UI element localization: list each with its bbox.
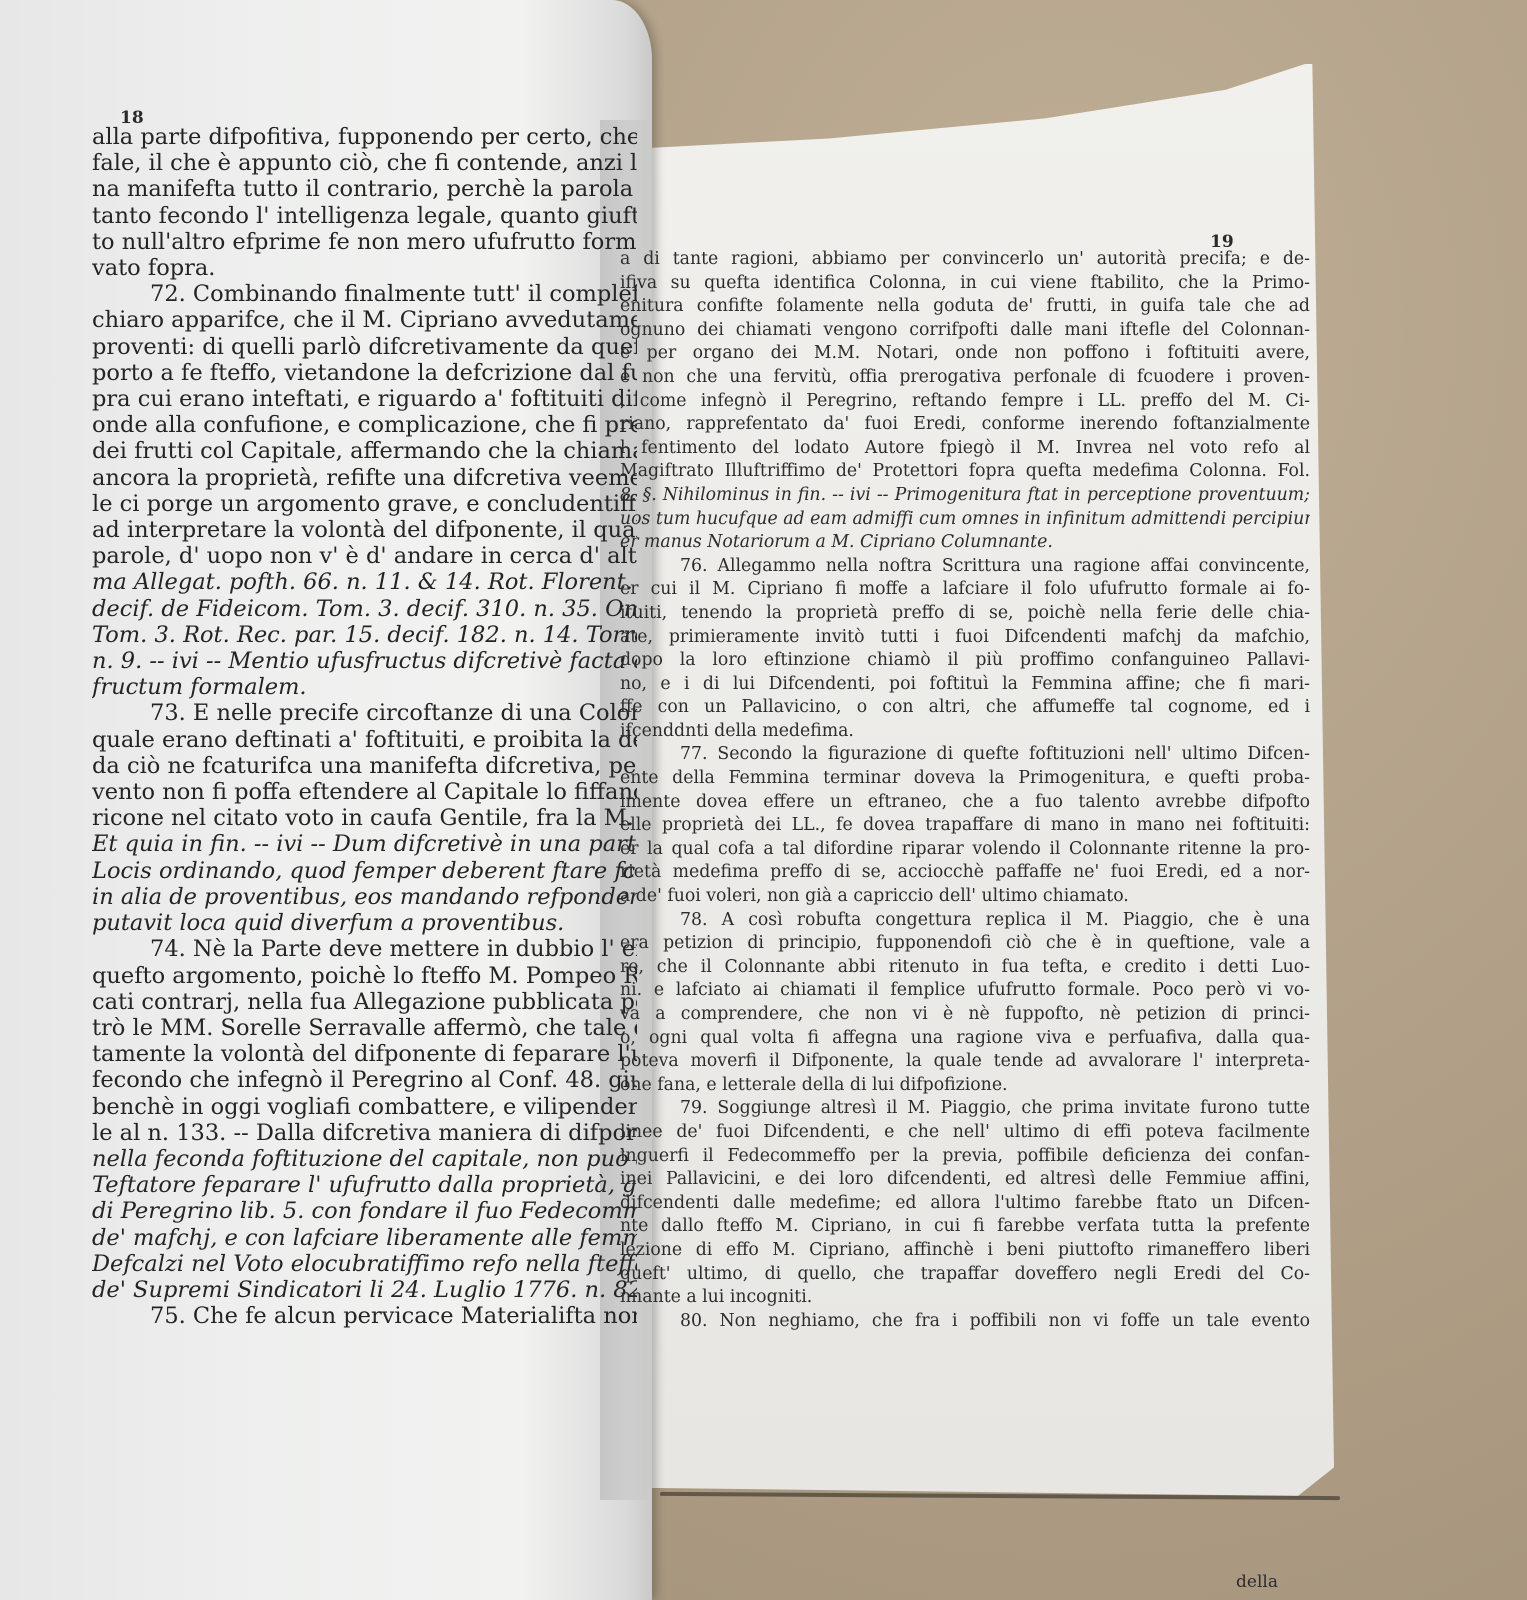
paragraph-76-start: 76. Allegammo nella noftra Scrittura una… <box>620 555 1310 579</box>
text-line: , come infegnò il Peregrino, reftando fe… <box>620 390 1310 414</box>
text-line: lezione di effo M. Cipriano, affinchè i … <box>620 1239 1310 1263</box>
text-line: riano, rapprefentato da' fuoi Eredi, con… <box>620 413 1310 437</box>
text-line: le al n. 133. -- Dalla difcretiva manier… <box>92 1120 637 1146</box>
text-line: a de' fuoi voleri, non già a capriccio d… <box>620 885 1310 909</box>
citation-line: Teftatore feparare l' ufufrutto dalla pr… <box>92 1172 637 1198</box>
paragraph-77-start: 77. Secondo la figurazione di quefte fof… <box>620 743 1310 767</box>
text-line: Magiftrato Illuftriffimo de' Protettori … <box>620 460 1310 484</box>
paragraph-73-start: 73. E nelle precife circoftanze di una C… <box>92 700 637 726</box>
text-line: er cui il M. Cipriano fi moffe a lafciar… <box>620 578 1310 602</box>
text-line: lmente dovea effere un eftraneo, che a f… <box>620 791 1310 815</box>
text-line: re, che il Colonnante abbi ritenuto in f… <box>620 956 1310 980</box>
text-line: no, e i di lui Difcendenti, poi foftituì… <box>620 673 1310 697</box>
text-line: nte dallo fteffo M. Cipriano, in cui fi … <box>620 1215 1310 1239</box>
text-line: poteva moverfi il Difponente, la quale t… <box>620 1050 1310 1074</box>
paragraph-74-start: 74. Nè la Parte deve mettere in dubbio l… <box>92 936 637 962</box>
text-line: to null'altro efprime fe non mero ufufru… <box>92 229 637 255</box>
text-line: trò le MM. Sorelle Serravalle affermò, c… <box>92 1015 637 1041</box>
citation-line: putavit loca quid diverfum a proventibus… <box>92 910 637 936</box>
text-line: da ciò ne fcaturifca una manifefta difcr… <box>92 753 637 779</box>
text-line: dei frutti col Capitale, affermando che … <box>92 438 637 464</box>
text-line: va a comprendere, che non vi è nè fuppof… <box>620 1003 1310 1027</box>
paragraph-78-start: 78. A così robufta congettura replica il… <box>620 909 1310 933</box>
text-line: inguerfi il Fedecommeffo per la previa, … <box>620 1145 1310 1169</box>
text-line: ffe con un Pallavicino, o con altri, che… <box>620 696 1310 720</box>
left-page-text: alla parte difpofitiva, fupponendo per c… <box>92 124 637 1329</box>
citation-line: uos tum hucufque ad eam admiffi cum omne… <box>620 508 1310 532</box>
text-line: queft' ultimo, di quello, che trapaffar … <box>620 1263 1310 1287</box>
text-line: le ci porge un argomento grave, e conclu… <box>92 491 637 517</box>
text-line: onde alla confufione, e complicazione, c… <box>92 412 637 438</box>
text-line: ituiti, tenendo la proprietà preffo di s… <box>620 602 1310 626</box>
citation-line: de' Supremi Sindicatori li 24. Luglio 17… <box>92 1277 637 1303</box>
text-line: cati contrarj, nella fua Allegazione pub… <box>92 989 637 1015</box>
text-line: l fentimento del lodato Autore fpiegò il… <box>620 437 1310 461</box>
citation-line: nella feconda foftituzione del capitale,… <box>92 1146 637 1172</box>
paragraph-80-start: 80. Non neghiamo, che fra i poffibili no… <box>620 1310 1310 1334</box>
paragraph-72-start: 72. Combinando finalmente tutt' il compl… <box>92 281 637 307</box>
text-line: benchè in oggi vogliafi combattere, e vi… <box>92 1094 637 1120</box>
text-line: quefto argomento, poichè lo fteffo M. Po… <box>92 963 637 989</box>
text-line: pra cui erano inteftati, e riguardo a' f… <box>92 386 637 412</box>
citation-line: 8. §. Nihilominus in fin. -- ivi -- Prim… <box>620 484 1310 508</box>
text-line: era petizion di principio, fupponendofi … <box>620 932 1310 956</box>
text-line: vato fopra. <box>92 255 637 281</box>
text-line: ente della Femmina terminar doveva la Pr… <box>620 767 1310 791</box>
text-line: e per organo dei M.M. Notari, onde non p… <box>620 342 1310 366</box>
text-line: dopo la loro eftinzione chiamò il più pr… <box>620 649 1310 673</box>
citation-line: n. 9. -- ivi -- Mentio ufusfructus difcr… <box>92 648 637 674</box>
text-line: parole, d' uopo non v' è d' andare in ce… <box>92 543 637 569</box>
text-line: porto a fe fteffo, vietandone la defcriz… <box>92 360 637 386</box>
text-line: one fana, e letterale della di lui difpo… <box>620 1074 1310 1098</box>
text-line: vento non fi poffa eftendere al Capitale… <box>92 779 637 805</box>
citation-line: ma Allegat. pofth. 66. n. 11. & 14. Rot.… <box>92 569 637 595</box>
text-line: fecondo che infegnò il Peregrino al Conf… <box>92 1067 637 1093</box>
text-line: alla parte difpofitiva, fupponendo per c… <box>92 124 637 150</box>
text-line: tanto fecondo l' intelligenza legale, qu… <box>92 203 637 229</box>
text-line: ad interpretare la volontà del difponent… <box>92 517 637 543</box>
citation-line: Defcalzi nel Voto elocubratiffimo refo n… <box>92 1251 637 1277</box>
paragraph-79-start: 79. Soggiunge altresì il M. Piaggio, che… <box>620 1097 1310 1121</box>
citation-line: Locis ordinando, quod femper deberent ft… <box>92 858 637 884</box>
text-line: ifiva su quefta identifica Colonna, in c… <box>620 272 1310 296</box>
text-line: rietà medefima preffo di se, acciocchè p… <box>620 861 1310 885</box>
text-line: inei Pallavicini, e dei loro difcendenti… <box>620 1168 1310 1192</box>
text-line: difcendenti dalle medefime; ed allora l'… <box>620 1192 1310 1216</box>
citation-line: fructum formalem. <box>92 674 637 700</box>
text-line: quale erano deftinati a' foftituiti, e p… <box>92 727 637 753</box>
text-line: tamente la volontà del difponente di fep… <box>92 1041 637 1067</box>
citation-line: Et quia in fin. -- ivi -- Dum difcretivè… <box>92 831 637 857</box>
text-line: er la qual cofa a tal difordine riparar … <box>620 838 1310 862</box>
right-page-text: a di tante ragioni, abbiamo per convince… <box>620 248 1310 1333</box>
text-line: a di tante ragioni, abbiamo per convince… <box>620 248 1310 272</box>
catchword: della <box>1236 1572 1278 1592</box>
text-line: e non che una fervitù, offia prerogativa… <box>620 366 1310 390</box>
citation-line: er manus Notariorum a M. Cipriano Column… <box>620 531 1310 555</box>
text-line: ifcenddnti della medefima. <box>620 720 1310 744</box>
citation-line: de' mafchj, e con lafciare liberamente a… <box>92 1225 637 1251</box>
text-line: na manifefta tutto il contrario, perchè … <box>92 176 637 202</box>
text-line: o, ogni qual volta fi affegna una ragion… <box>620 1027 1310 1051</box>
citation-line: Tom. 3. Rot. Rec. par. 15. decif. 182. n… <box>92 622 637 648</box>
text-line: linee de' fuoi Difcendenti, e che nell' … <box>620 1121 1310 1145</box>
text-line: elle proprietà dei LL., fe dovea trapaff… <box>620 814 1310 838</box>
text-line: enitura confifte folamente nella goduta … <box>620 295 1310 319</box>
text-line: nnante a lui incogniti. <box>620 1286 1310 1310</box>
text-line: chiaro apparifce, che il M. Cipriano avv… <box>92 307 637 333</box>
citation-line: in alia de proventibus, eos mandando ref… <box>92 884 637 910</box>
text-line: ricone nel citato voto in caufa Gentile,… <box>92 805 637 831</box>
text-line: proventi: di quelli parlò difcretivament… <box>92 334 637 360</box>
text-line: fale, il che è appunto ciò, che fi conte… <box>92 150 637 176</box>
text-line: ognuno dei chiamati vengono corrifpofti … <box>620 319 1310 343</box>
text-line: ate, primieramente invitò tutti i fuoi D… <box>620 626 1310 650</box>
citation-line: decif. de Fideicom. Tom. 3. decif. 310. … <box>92 596 637 622</box>
paragraph-75-start: 75. Che fe alcun pervicace Materialifta … <box>92 1303 637 1329</box>
text-line: ancora la proprietà, refifte una difcret… <box>92 465 637 491</box>
text-line: ni. e lafciato ai chiamati il femplice u… <box>620 979 1310 1003</box>
citation-line: di Peregrino lib. 5. con fondare il fuo … <box>92 1198 637 1224</box>
